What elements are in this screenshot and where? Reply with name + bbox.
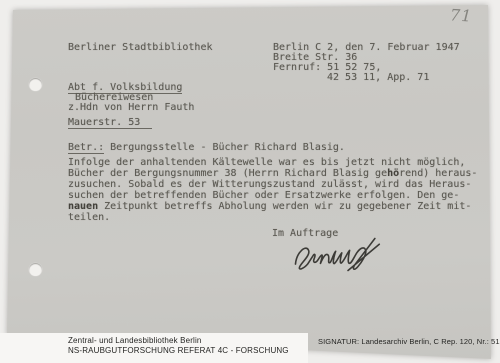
subject-text: Bergungsstelle - Bücher Richard Blasig. xyxy=(104,142,345,153)
body-line6: teilen. xyxy=(68,212,477,223)
footer-institution-line2: NS-RAUBGUTFORSCHUNG REFERAT 4C - FORSCHU… xyxy=(68,346,289,356)
footer-institution: Zentral- und Landesbibliothek BerlinNS-R… xyxy=(68,336,289,355)
phone-line2: 42 53 11, App. 71 xyxy=(327,72,429,83)
punch-hole-top xyxy=(29,78,42,91)
handwritten-page-number: 71 xyxy=(450,5,473,25)
subject-line: Betr.: Bergungsstelle - Bücher Richard B… xyxy=(68,142,345,153)
body-line5: nauen Zeitpunkt betreffs Abholung werden… xyxy=(68,201,477,212)
scanned-letter-page: 71 Berliner Stadtbibliothek Abt f. Volks… xyxy=(0,0,500,363)
recipient-address: Mauerstr. 53 xyxy=(68,117,152,128)
body-line2-overtype: hö xyxy=(387,168,399,179)
subject-label: Betr.: xyxy=(68,142,104,154)
handwritten-signature xyxy=(285,232,396,279)
body-paragraph: Infolge der anhaltenden Kältewelle war e… xyxy=(68,157,477,223)
sender-name: Berliner Stadtbibliothek xyxy=(68,42,213,53)
recipient-address-text: Mauerstr. 53 xyxy=(68,117,152,129)
body-line3: zusuchen. Sobald es der Witterungszustan… xyxy=(68,179,477,190)
punch-hole-bottom xyxy=(29,263,42,276)
recipient-dept-line3: z.Hdn von Herrn Fauth xyxy=(68,102,194,113)
body-line2-c: rend) heraus- xyxy=(399,168,477,179)
footer-institution-line1: Zentral- und Landesbibliothek Berlin xyxy=(68,336,289,346)
body-line5-b: Zeitpunkt betreffs Abholung werden wir z… xyxy=(98,201,471,212)
body-line5-overtype: nauen xyxy=(68,201,98,212)
body-line1: Infolge der anhaltenden Kältewelle war e… xyxy=(68,157,477,168)
footer-signatur: SIGNATUR: Landesarchiv Berlin, C Rep. 12… xyxy=(318,337,500,346)
body-line2-a: Bücher der Bergungsnummer 38 (Herrn Rich… xyxy=(68,168,387,179)
body-line2: Bücher der Bergungsnummer 38 (Herrn Rich… xyxy=(68,168,477,179)
body-line4: suchen der betreffenden Bücher oder Ersa… xyxy=(68,190,477,201)
